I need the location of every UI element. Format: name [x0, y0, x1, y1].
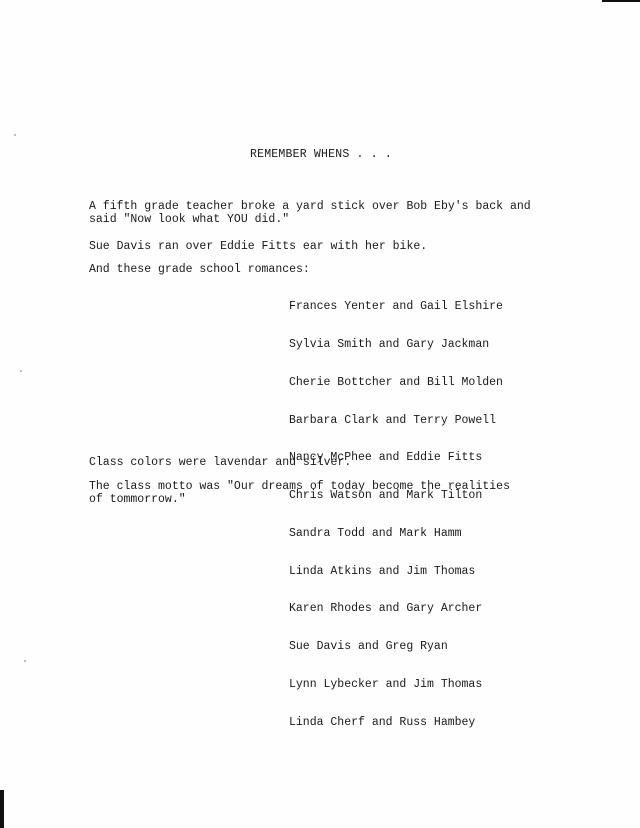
scanned-page: REMEMBER WHENS . . . A fifth grade teach… [0, 0, 640, 828]
list-item: Sandra Todd and Mark Hamm [289, 528, 503, 541]
page-title: REMEMBER WHENS . . . [250, 148, 392, 161]
list-item: Linda Cherf and Russ Hambey [289, 717, 503, 730]
paragraph-class-colors: Class colors were lavendar and silver. [89, 456, 351, 469]
scan-edge-mark [602, 0, 640, 2]
list-item: Karen Rhodes and Gary Archer [289, 603, 503, 616]
list-item: Sylvia Smith and Gary Jackman [289, 339, 503, 352]
list-item: Cherie Bottcher and Bill Molden [289, 377, 503, 390]
list-item: Linda Atkins and Jim Thomas [289, 566, 503, 579]
scan-speck [20, 370, 22, 372]
list-item: Lynn Lybecker and Jim Thomas [289, 679, 503, 692]
paragraph-teacher: A fifth grade teacher broke a yard stick… [89, 200, 531, 226]
list-item: Frances Yenter and Gail Elshire [289, 301, 503, 314]
scan-edge-mark [0, 790, 4, 828]
scan-speck [24, 660, 26, 662]
list-item: Sue Davis and Greg Ryan [289, 641, 503, 654]
list-item: Barbara Clark and Terry Powell [289, 415, 503, 428]
paragraph-romances-intro: And these grade school romances: [89, 263, 310, 276]
paragraph-class-motto: The class motto was "Our dreams of today… [89, 480, 510, 506]
scan-speck [14, 134, 16, 136]
romances-list: Frances Yenter and Gail Elshire Sylvia S… [289, 276, 503, 755]
paragraph-bike: Sue Davis ran over Eddie Fitts ear with … [89, 240, 427, 253]
